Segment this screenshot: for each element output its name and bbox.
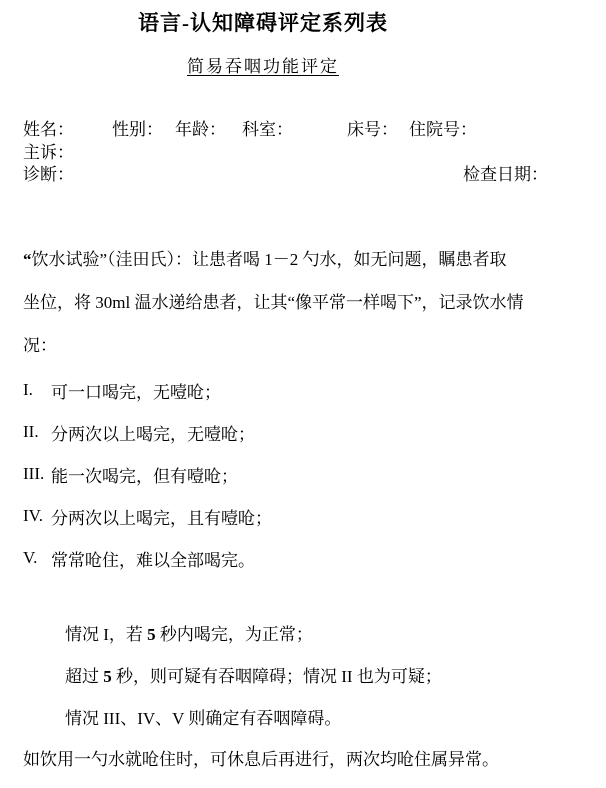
- assessment-form-page: 语言-认知障碍评定系列表 简易吞咽功能评定 姓名： 性别： 年龄： 科室： 床号…: [0, 0, 606, 788]
- diagnosis-label: 诊断：: [23, 160, 74, 185]
- grade-text-1: 可一口喝完，无噎呛；: [51, 378, 221, 403]
- subtitle: 简易吞咽功能评定: [23, 52, 503, 77]
- admission-number-label: 住院号：: [409, 115, 477, 140]
- instructions-line-1: “饮水试验”（洼田氏）：让患者喝 1－2 勺水，如无问题，瞩患者取: [23, 238, 525, 281]
- grade-item-3: III. 能一次喝完，但有噎呛；: [23, 453, 272, 495]
- grade-numeral-1: I.: [23, 380, 51, 400]
- grade-text-2: 分两次以上喝完，无噎呛；: [51, 420, 255, 445]
- exam-date-label: 检查日期：: [463, 160, 548, 185]
- bold-open-quote: “: [23, 250, 32, 269]
- instructions-line-3: 况：: [23, 324, 525, 367]
- water-test-instructions: “饮水试验”（洼田氏）：让患者喝 1－2 勺水，如无问题，瞩患者取 坐位，将 3…: [23, 238, 525, 367]
- interpretation-line-2: 超过 5 秒，则可疑有吞咽障碍；情况 II 也为可疑；: [65, 656, 442, 698]
- bed-number-label: 床号：: [347, 115, 398, 140]
- department-label: 科室：: [242, 115, 293, 140]
- grade-numeral-2: II.: [23, 422, 51, 442]
- interpretation-line-3: 情况 III、IV、V 则确定有吞咽障碍。: [65, 698, 442, 740]
- grade-numeral-3: III.: [23, 464, 51, 484]
- subtitle-text: 简易吞咽功能评定: [187, 57, 339, 76]
- interpretation-section: 情况 I，若 5 秒内喝完，为正常； 超过 5 秒，则可疑有吞咽障碍；情况 II…: [65, 614, 442, 740]
- grade-item-1: I. 可一口喝完，无噎呛；: [23, 369, 272, 411]
- grade-numeral-5: V.: [23, 548, 51, 568]
- instructions-line-2: 坐位，将 30ml 温水递给患者，让其“像平常一样喝下”，记录饮水情: [23, 281, 525, 324]
- grade-item-4: IV. 分两次以上喝完，且有噎呛；: [23, 495, 272, 537]
- footnote: 如饮用一勺水就呛住时，可休息后再进行，两次均呛住属异常。: [23, 739, 499, 781]
- grade-item-5: V. 常常呛住，难以全部喝完。: [23, 537, 272, 579]
- grade-text-5: 常常呛住，难以全部喝完。: [51, 546, 255, 571]
- name-label: 姓名：: [23, 115, 74, 140]
- gender-label: 性别：: [112, 115, 163, 140]
- grade-text-4: 分两次以上喝完，且有噎呛；: [51, 504, 272, 529]
- page-title: 语言-认知障碍评定系列表: [23, 7, 503, 37]
- interpretation-line-1: 情况 I，若 5 秒内喝完，为正常；: [65, 614, 442, 656]
- grade-item-2: II. 分两次以上喝完，无噎呛；: [23, 411, 272, 453]
- age-label: 年龄：: [175, 115, 226, 140]
- grade-text-3: 能一次喝完，但有噎呛；: [51, 462, 238, 487]
- bold-seconds-1: 5: [147, 625, 156, 644]
- grade-list: I. 可一口喝完，无噎呛； II. 分两次以上喝完，无噎呛； III. 能一次喝…: [23, 369, 272, 579]
- grade-numeral-4: IV.: [23, 506, 51, 526]
- bold-seconds-2: 5: [103, 667, 112, 686]
